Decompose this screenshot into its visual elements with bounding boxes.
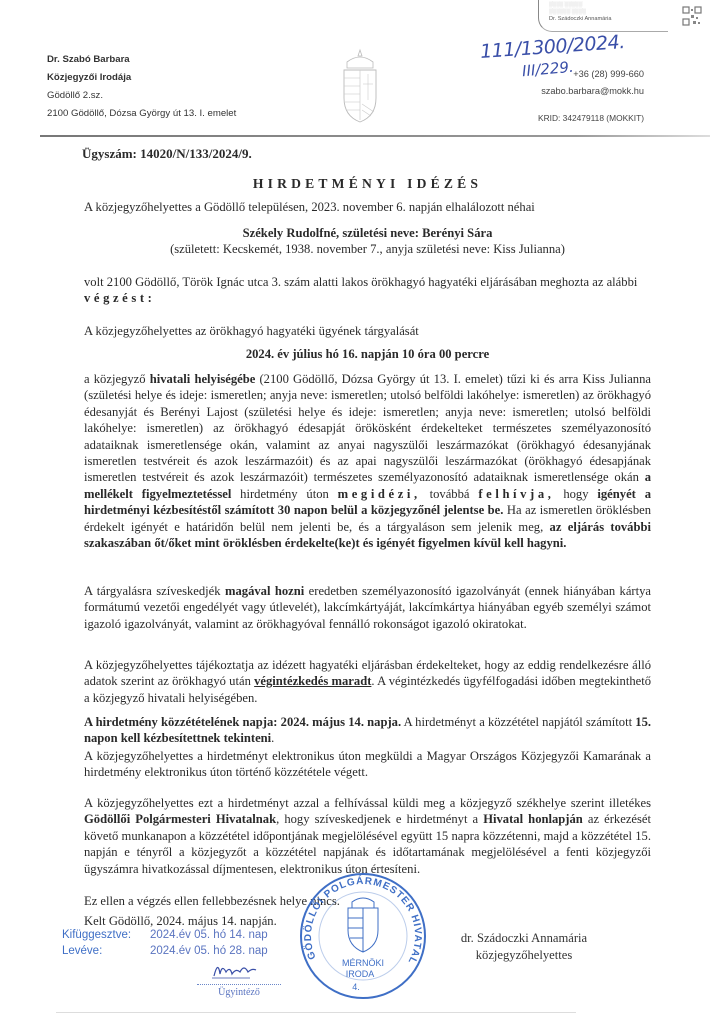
hearing-intro: A közjegyzőhelyettes az örökhagyó hagyat…: [84, 323, 651, 339]
clerk-label: Ügyintéző: [197, 984, 281, 998]
hearing-date: 2024. év július hó 16. napján 10 óra 00 …: [84, 346, 651, 362]
deceased-name: Székely Rudolfné, születési neve: Berény…: [84, 225, 651, 241]
removed-row: Levéve:2024.év 05. hó 28. nap: [62, 943, 268, 959]
signer-name: dr. Szádoczki Annamária: [424, 930, 624, 947]
letterhead-divider: [40, 135, 710, 137]
clerk-signature: [210, 958, 260, 982]
qr-code-icon: [682, 6, 702, 26]
document-title: HIRDETMÉNYI IDÉZÉS: [84, 176, 651, 192]
notary-seat: Gödöllő 2.sz.: [47, 87, 236, 105]
svg-text:IRODA: IRODA: [346, 969, 375, 979]
chamber-paragraph: A közjegyzőhelyettes a hirdetményt elekt…: [84, 748, 651, 781]
notary-email[interactable]: szabo.barbara@mokk.hu: [538, 83, 644, 100]
office-round-stamp: GÖDÖLLŐI POLGÁRMESTER HIVATAL MÉRNÖKI IR…: [298, 868, 428, 1004]
svg-text:4.: 4.: [352, 982, 360, 992]
summons-paragraph: a közjegyző hivatali helyiségébe (2100 G…: [84, 371, 651, 551]
intro-paragraph: A közjegyzőhelyettes a Gödöllő település…: [84, 199, 651, 215]
received-stamp: ░░░░ ░░░░░ ░░░░░░ ░░░░ Dr. Szádoczki Ann…: [538, 0, 668, 32]
notary-office: Közjegyzői Irodája: [47, 69, 236, 87]
letterhead-sender: Dr. Szabó Barbara Közjegyzői Irodája Göd…: [47, 51, 236, 123]
notary-name: Dr. Szabó Barbara: [47, 51, 236, 69]
svg-text:MÉRNÖKI: MÉRNÖKI: [342, 958, 384, 968]
will-remained: végintézkedés maradt: [254, 674, 371, 688]
forwarding-paragraph: A közjegyzőhelyettes ezt a hirdetményt a…: [84, 795, 651, 877]
notary-address: 2100 Gödöllő, Dózsa György út 13. I. eme…: [47, 105, 236, 123]
publication-paragraph: A hirdetmény közzétételének napja: 2024.…: [84, 714, 651, 747]
received-stamp-signer: Dr. Szádoczki Annamária: [549, 16, 668, 23]
svg-text:GÖDÖLLŐI POLGÁRMESTER HIVATAL: GÖDÖLLŐI POLGÁRMESTER HIVATAL: [301, 874, 423, 966]
deceased-details: (született: Kecskemét, 1938. november 7.…: [84, 241, 651, 257]
case-number: Ügyszám: 14020/N/133/2024/9.: [82, 146, 649, 162]
notary-krid: KRID: 342479118 (MOKKIT): [538, 110, 644, 127]
page-bottom-line: [56, 1012, 576, 1013]
documents-paragraph: A tárgyalásra szíveskedjék magával hozni…: [84, 583, 651, 632]
will-notice-paragraph: A közjegyzőhelyettes tájékoztatja az idé…: [84, 657, 651, 706]
signer-role: közjegyzőhelyettes: [424, 947, 624, 964]
residence-paragraph: volt 2100 Gödöllő, Török Ignác utca 3. s…: [84, 274, 651, 307]
posted-row: Kifüggesztve:2024.év 05. hó 14. nap: [62, 927, 268, 943]
handwritten-reference: 111/1300/2024.: [479, 31, 625, 63]
signature-block: dr. Szádoczki Annamária közjegyzőhelyett…: [424, 930, 624, 964]
ruling-keyword: végzést:: [84, 291, 155, 305]
coat-of-arms-icon: [338, 48, 382, 124]
posting-stamp: Kifüggesztve:2024.év 05. hó 14. nap Levé…: [62, 927, 268, 959]
